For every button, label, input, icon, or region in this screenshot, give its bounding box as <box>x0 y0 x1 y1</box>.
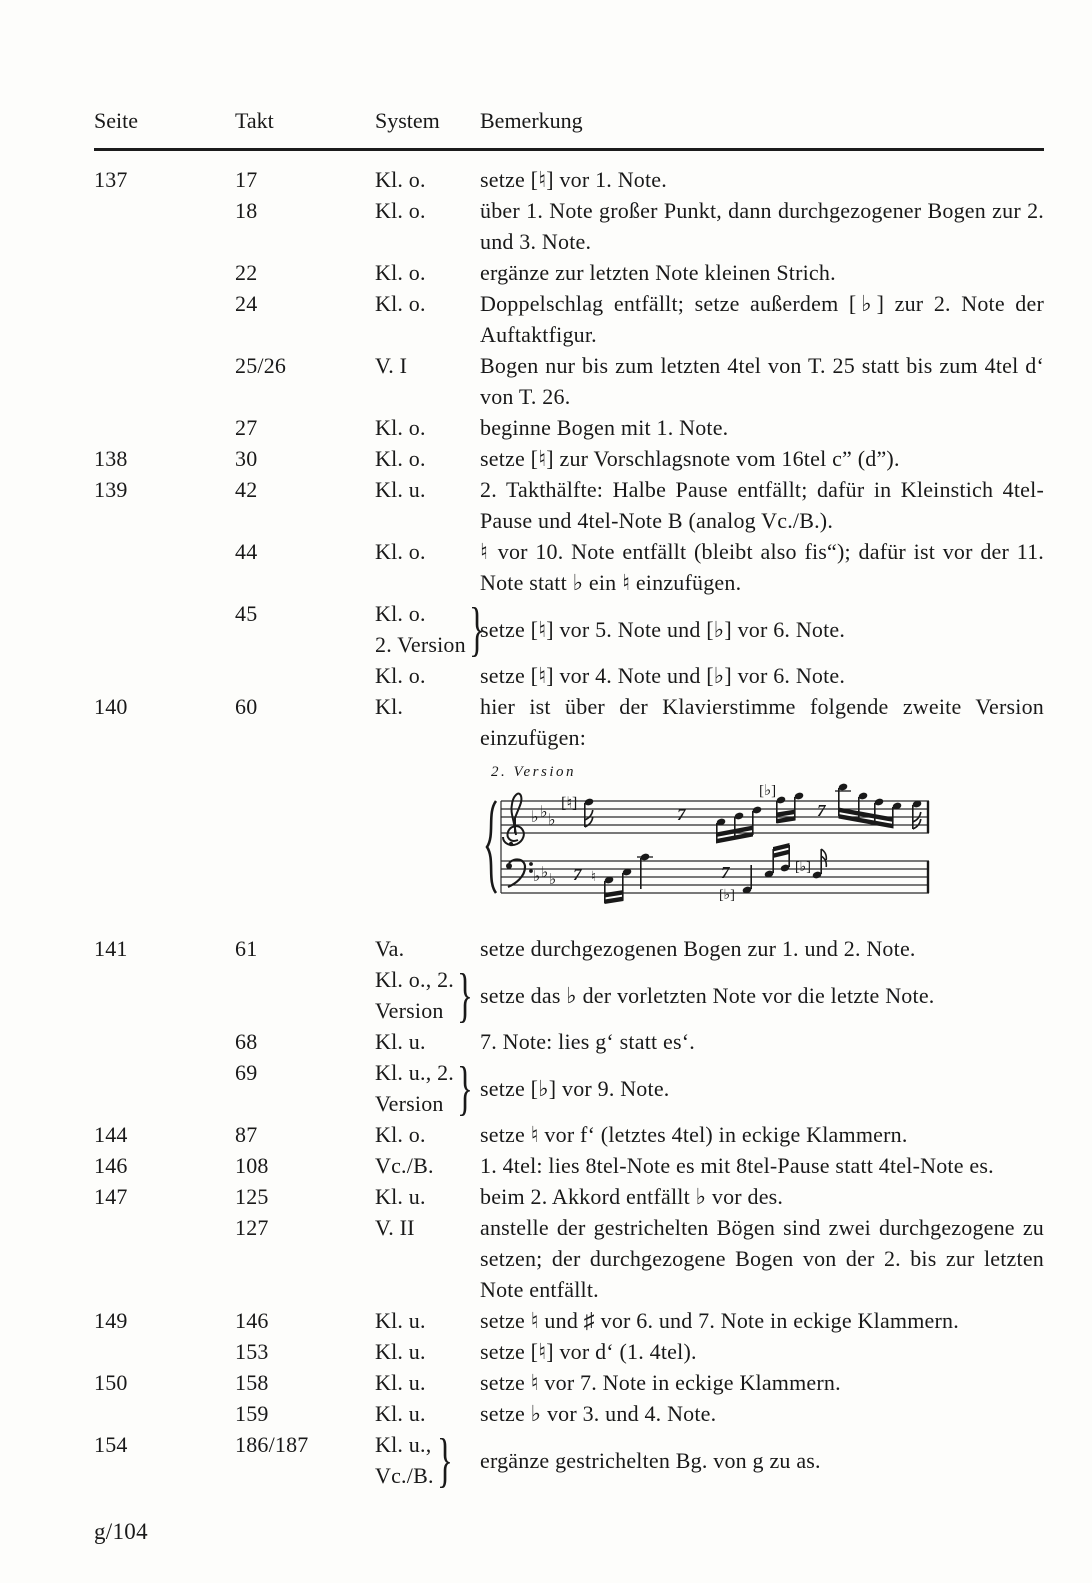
system-label: Kl. u.,Vc./B. <box>375 1429 434 1491</box>
seite-cell: 139 <box>94 474 235 536</box>
takt-cell: 108 <box>235 1150 375 1181</box>
system-label: Kl. o. <box>375 164 480 195</box>
takt-cell <box>235 964 375 1026</box>
accidental-natural: ♮ <box>591 870 596 885</box>
bemerkung-cell: ♮ vor 10. Note entfällt (bleibt also fis… <box>480 536 1044 598</box>
bemerkung-cell: setze [♮] zur Vorschlagsnote vom 16tel c… <box>480 443 1044 474</box>
system-cell: Kl. u. <box>375 1026 480 1057</box>
seite-cell: 147 <box>94 1181 235 1212</box>
takt-cell: 18 <box>235 195 375 257</box>
system-label-line: Kl. o. <box>375 164 480 195</box>
system-cell: Kl. u. <box>375 1367 480 1398</box>
system-label-line: 2. Version <box>375 629 466 660</box>
system-label: Kl. o. <box>375 1119 480 1150</box>
svg-text:♭: ♭ <box>531 809 539 826</box>
header-takt: Takt <box>235 108 375 139</box>
seite-cell: 149 <box>94 1305 235 1336</box>
system-label: Va. <box>375 933 480 964</box>
takt-cell: 45 <box>235 598 375 660</box>
header-system: System <box>375 108 480 139</box>
seite-cell: 140 <box>94 691 235 753</box>
system-label-line: Kl. o., 2. <box>375 964 454 995</box>
bemerkung-cell: hier ist über der Klavierstimme folgende… <box>480 691 1044 753</box>
table-rows-top: 137 17 Kl. o. setze [♮] vor 1. Note. 18 … <box>94 164 1044 753</box>
bemerkung-cell: setze [♮] vor 4. Note und [♭] vor 6. Not… <box>480 660 1044 691</box>
system-cell: Kl. o. <box>375 195 480 257</box>
system-label: Kl. u. <box>375 474 480 505</box>
system-label-line: Kl. u. <box>375 1336 480 1367</box>
takt-cell: 153 <box>235 1336 375 1367</box>
system-label-line: Kl. u. <box>375 1026 480 1057</box>
system-cell: Kl. o. <box>375 288 480 350</box>
system-cell: Kl. u. <box>375 1305 480 1336</box>
system-label-line: Kl. u. <box>375 1398 480 1429</box>
seite-cell: 144 <box>94 1119 235 1150</box>
system-cell: Kl. o. <box>375 443 480 474</box>
system-label-line: Kl. o. <box>375 536 480 567</box>
takt-cell: 44 <box>235 536 375 598</box>
bemerkung-cell: beim 2. Akkord entfällt ♭ vor des. <box>480 1181 1044 1212</box>
svg-text:♭: ♭ <box>540 804 548 821</box>
system-label: Kl. <box>375 691 480 722</box>
system-cell: Kl. u. <box>375 1336 480 1367</box>
scanned-page: Seite Takt System Bemerkung 137 17 Kl. o… <box>0 0 1092 1545</box>
table-row: 153 Kl. u. setze [♮] vor d‘ (1. 4tel). <box>94 1336 1044 1367</box>
seite-cell <box>94 536 235 598</box>
seite-cell <box>94 1398 235 1429</box>
page-footer: g/104 <box>94 1519 1044 1545</box>
header-seite: Seite <box>94 108 235 139</box>
bemerkung-cell: setze das ♭ der vorletzten Note vor die … <box>480 964 1044 1026</box>
seite-cell <box>94 350 235 412</box>
system-label: Kl. o. <box>375 443 480 474</box>
system-label-line: Kl. o. <box>375 443 480 474</box>
svg-text:♭: ♭ <box>541 865 548 881</box>
system-label-line: V. II <box>375 1212 480 1243</box>
bemerkung-cell: 7. Note: lies g‘ statt es‘. <box>480 1026 1044 1057</box>
system-cell: Kl. o. <box>375 257 480 288</box>
system-label-line: Kl. u. <box>375 474 480 505</box>
system-label-line: Kl. o. <box>375 1119 480 1150</box>
bemerkung-cell: Bogen nur bis zum letzten 4tel von T. 25… <box>480 350 1044 412</box>
system-cell: Kl. u. <box>375 474 480 536</box>
system-cell: Kl. <box>375 691 480 753</box>
system-cell: Kl. u.,Vc./B.} <box>375 1429 480 1491</box>
bemerkung-cell: ergänze gestrichelten Bg. von g zu as. <box>480 1429 1044 1491</box>
bemerkung-cell: beginne Bogen mit 1. Note. <box>480 412 1044 443</box>
system-cell: Va. <box>375 933 480 964</box>
bass-notes: 7 ♮ 7 [♭] [♭] <box>573 843 826 904</box>
grouping-brace-icon: } <box>457 1057 473 1119</box>
bemerkung-cell: setze ♮ und ♯ vor 6. und 7. Note in ecki… <box>480 1305 1044 1336</box>
seite-cell: 137 <box>94 164 235 195</box>
seite-cell: 141 <box>94 933 235 964</box>
system-label-line: Vc./B. <box>375 1460 434 1491</box>
system-label-line: Kl. u., 2. <box>375 1057 454 1088</box>
seite-cell <box>94 195 235 257</box>
grouping-brace-icon: } <box>437 1429 453 1491</box>
system-label: Kl. o. <box>375 257 480 288</box>
table-row: 149 146 Kl. u. setze ♮ und ♯ vor 6. und … <box>94 1305 1044 1336</box>
bemerkung-cell: 1. 4tel: lies 8tel-Note es mit 8tel-Paus… <box>480 1150 1044 1181</box>
seite-cell <box>94 288 235 350</box>
takt-cell: 87 <box>235 1119 375 1150</box>
table-rows-bottom: 141 61 Va. setze durchgezogenen Bogen zu… <box>94 933 1044 1491</box>
bemerkung-cell: anstelle der gestrichelten Bögen sind zw… <box>480 1212 1044 1305</box>
header-bemerkung: Bemerkung <box>480 108 1044 139</box>
svg-text:♭: ♭ <box>548 812 556 829</box>
table-row: 141 61 Va. setze durchgezogenen Bogen zu… <box>94 933 1044 964</box>
table-row: Kl. o. setze [♮] vor 4. Note und [♭] vor… <box>94 660 1044 691</box>
system-label-line: Kl. u. <box>375 1305 480 1336</box>
takt-cell: 125 <box>235 1181 375 1212</box>
bemerkung-cell: über 1. Note großer Punkt, dann durchgez… <box>480 195 1044 257</box>
takt-cell: 24 <box>235 288 375 350</box>
seite-cell: 154 <box>94 1429 235 1491</box>
sixteenth-rest-icon: 7 <box>721 863 731 882</box>
bemerkung-cell: 2. Takthälfte: Halbe Pause entfällt; daf… <box>480 474 1044 536</box>
table-row: 139 42 Kl. u. 2. Takthälfte: Halbe Pause… <box>94 474 1044 536</box>
system-cell: Kl. o. <box>375 164 480 195</box>
system-label: Kl. o. <box>375 195 480 226</box>
seite-cell <box>94 1026 235 1057</box>
takt-cell: 61 <box>235 933 375 964</box>
system-cell: Kl. o., 2.Version} <box>375 964 480 1026</box>
system-label-line: Kl. o. <box>375 288 480 319</box>
system-label-line: Kl. o. <box>375 257 480 288</box>
seite-cell <box>94 660 235 691</box>
bemerkung-cell: setze durchgezogenen Bogen zur 1. und 2.… <box>480 933 1044 964</box>
treble-notes: [♮] 7 [♭] 7 <box>561 783 922 844</box>
system-label-line: Kl. u., <box>375 1429 434 1460</box>
system-cell: Kl. o. <box>375 412 480 443</box>
takt-cell: 69 <box>235 1057 375 1119</box>
svg-text:♭: ♭ <box>549 872 556 888</box>
takt-cell: 22 <box>235 257 375 288</box>
system-cell: Kl. o. <box>375 660 480 691</box>
table-row: 27 Kl. o. beginne Bogen mit 1. Note. <box>94 412 1044 443</box>
table-row: 138 30 Kl. o. setze [♮] zur Vorschlagsno… <box>94 443 1044 474</box>
music-example: 2. Version <box>485 763 937 913</box>
table-row: 154 186/187 Kl. u.,Vc./B.} ergänze gestr… <box>94 1429 1044 1491</box>
table-row: 69 Kl. u., 2.Version} setze [♭] vor 9. N… <box>94 1057 1044 1119</box>
system-cell: Kl. u. <box>375 1181 480 1212</box>
seite-cell <box>94 412 235 443</box>
system-label: Vc./B. <box>375 1150 480 1181</box>
accidental-bracketed-flat: [♭] <box>759 783 776 799</box>
table-row: 127 V. II anstelle der gestrichelten Bög… <box>94 1212 1044 1305</box>
grouping-brace-icon: } <box>457 964 473 1026</box>
brace-icon <box>487 801 496 893</box>
takt-cell: 27 <box>235 412 375 443</box>
accidental-bracketed-flat: [♭] <box>795 860 811 875</box>
system-label-line: Kl. o. <box>375 598 466 629</box>
bemerkung-cell: setze [♮] vor d‘ (1. 4tel). <box>480 1336 1044 1367</box>
system-label: V. II <box>375 1212 480 1243</box>
system-label: Kl. o.2. Version <box>375 598 466 660</box>
table-header: Seite Takt System Bemerkung <box>94 108 1044 151</box>
system-label-line: V. I <box>375 350 480 381</box>
system-label: Kl. o. <box>375 660 480 691</box>
system-label-line: Version <box>375 1088 454 1119</box>
table-row: 146 108 Vc./B. 1. 4tel: lies 8tel-Note e… <box>94 1150 1044 1181</box>
system-label-line: Va. <box>375 933 480 964</box>
table-row: 45 Kl. o.2. Version} setze [♮] vor 5. No… <box>94 598 1044 660</box>
system-label: Kl. o. <box>375 412 480 443</box>
bemerkung-cell: setze [♮] vor 1. Note. <box>480 164 1044 195</box>
bemerkung-cell: Doppelschlag entfällt; setze außerdem [♭… <box>480 288 1044 350</box>
system-cell: V. II <box>375 1212 480 1305</box>
system-label-line: Kl. o. <box>375 412 480 443</box>
system-label: Kl. u., 2.Version <box>375 1057 454 1119</box>
takt-cell: 158 <box>235 1367 375 1398</box>
accidental-bracketed-flat: [♭] <box>719 888 735 903</box>
grouping-brace-icon: } <box>469 598 485 660</box>
takt-cell: 159 <box>235 1398 375 1429</box>
seite-cell <box>94 1212 235 1305</box>
takt-cell: 17 <box>235 164 375 195</box>
seite-cell <box>94 1057 235 1119</box>
bemerkung-cell: setze ♭ vor 3. und 4. Note. <box>480 1398 1044 1429</box>
seite-cell: 146 <box>94 1150 235 1181</box>
takt-cell: 42 <box>235 474 375 536</box>
table-row: 68 Kl. u. 7. Note: lies g‘ statt es‘. <box>94 1026 1044 1057</box>
seite-cell <box>94 598 235 660</box>
sixteenth-rest-icon: 7 <box>573 865 583 884</box>
svg-text:♭: ♭ <box>533 869 540 885</box>
accidental-bracketed-natural: [♮] <box>561 795 577 812</box>
seite-cell <box>94 964 235 1026</box>
system-label-line: Version <box>375 995 454 1026</box>
system-label: Kl. u. <box>375 1398 480 1429</box>
system-cell: V. I <box>375 350 480 412</box>
takt-cell: 186/187 <box>235 1429 375 1491</box>
system-label: Kl. u. <box>375 1336 480 1367</box>
system-cell: Kl. u., 2.Version} <box>375 1057 480 1119</box>
takt-cell: 25/26 <box>235 350 375 412</box>
table-row: 25/26 V. I Bogen nur bis zum letzten 4te… <box>94 350 1044 412</box>
system-cell: Kl. o.2. Version} <box>375 598 480 660</box>
sixteenth-rest-icon: 7 <box>677 805 687 824</box>
system-label: Kl. u. <box>375 1367 480 1398</box>
system-label-line: Kl. <box>375 691 480 722</box>
system-label: Kl. u. <box>375 1026 480 1057</box>
system-label-line: Kl. u. <box>375 1181 480 1212</box>
table-row: 144 87 Kl. o. setze ♮ vor f‘ (letztes 4t… <box>94 1119 1044 1150</box>
takt-cell: 146 <box>235 1305 375 1336</box>
table-row: 18 Kl. o. über 1. Note großer Punkt, dan… <box>94 195 1044 257</box>
table-row: 137 17 Kl. o. setze [♮] vor 1. Note. <box>94 164 1044 195</box>
system-cell: Kl. u. <box>375 1398 480 1429</box>
seite-cell: 138 <box>94 443 235 474</box>
seite-cell <box>94 1336 235 1367</box>
music-example-label: 2. Version <box>491 764 576 780</box>
bemerkung-cell: setze ♮ vor f‘ (letztes 4tel) in eckige … <box>480 1119 1044 1150</box>
system-label: Kl. u. <box>375 1305 480 1336</box>
table-row: 22 Kl. o. ergänze zur letzten Note klein… <box>94 257 1044 288</box>
system-label: Kl. o., 2.Version <box>375 964 454 1026</box>
table-row: 140 60 Kl. hier ist über der Klavierstim… <box>94 691 1044 753</box>
system-label: V. I <box>375 350 480 381</box>
table-row: Kl. o., 2.Version} setze das ♭ der vorle… <box>94 964 1044 1026</box>
table-row: 44 Kl. o. ♮ vor 10. Note entfällt (bleib… <box>94 536 1044 598</box>
bemerkung-cell: setze [♭] vor 9. Note. <box>480 1057 1044 1119</box>
system-label: Kl. o. <box>375 536 480 567</box>
takt-cell <box>235 660 375 691</box>
seite-cell <box>94 257 235 288</box>
bemerkung-cell: setze ♮ vor 7. Note in eckige Klammern. <box>480 1367 1044 1398</box>
table-row: 147 125 Kl. u. beim 2. Akkord entfällt ♭… <box>94 1181 1044 1212</box>
table-row: 159 Kl. u. setze ♭ vor 3. und 4. Note. <box>94 1398 1044 1429</box>
bass-clef-icon <box>506 860 533 887</box>
system-cell: Kl. o. <box>375 1119 480 1150</box>
seite-cell: 150 <box>94 1367 235 1398</box>
system-label: Kl. u. <box>375 1181 480 1212</box>
system-label-line: Vc./B. <box>375 1150 480 1181</box>
takt-cell: 68 <box>235 1026 375 1057</box>
table-row: 24 Kl. o. Doppelschlag entfällt; setze a… <box>94 288 1044 350</box>
takt-cell: 127 <box>235 1212 375 1305</box>
system-cell: Vc./B. <box>375 1150 480 1181</box>
bemerkung-cell: ergänze zur letzten Note kleinen Strich. <box>480 257 1044 288</box>
system-cell: Kl. o. <box>375 536 480 598</box>
system-label-line: Kl. u. <box>375 1367 480 1398</box>
system-label-line: Kl. o. <box>375 660 480 691</box>
bemerkung-cell: setze [♮] vor 5. Note und [♭] vor 6. Not… <box>480 598 1044 660</box>
system-label: Kl. o. <box>375 288 480 319</box>
system-label-line: Kl. o. <box>375 195 480 226</box>
takt-cell: 30 <box>235 443 375 474</box>
takt-cell: 60 <box>235 691 375 753</box>
table-row: 150 158 Kl. u. setze ♮ vor 7. Note in ec… <box>94 1367 1044 1398</box>
